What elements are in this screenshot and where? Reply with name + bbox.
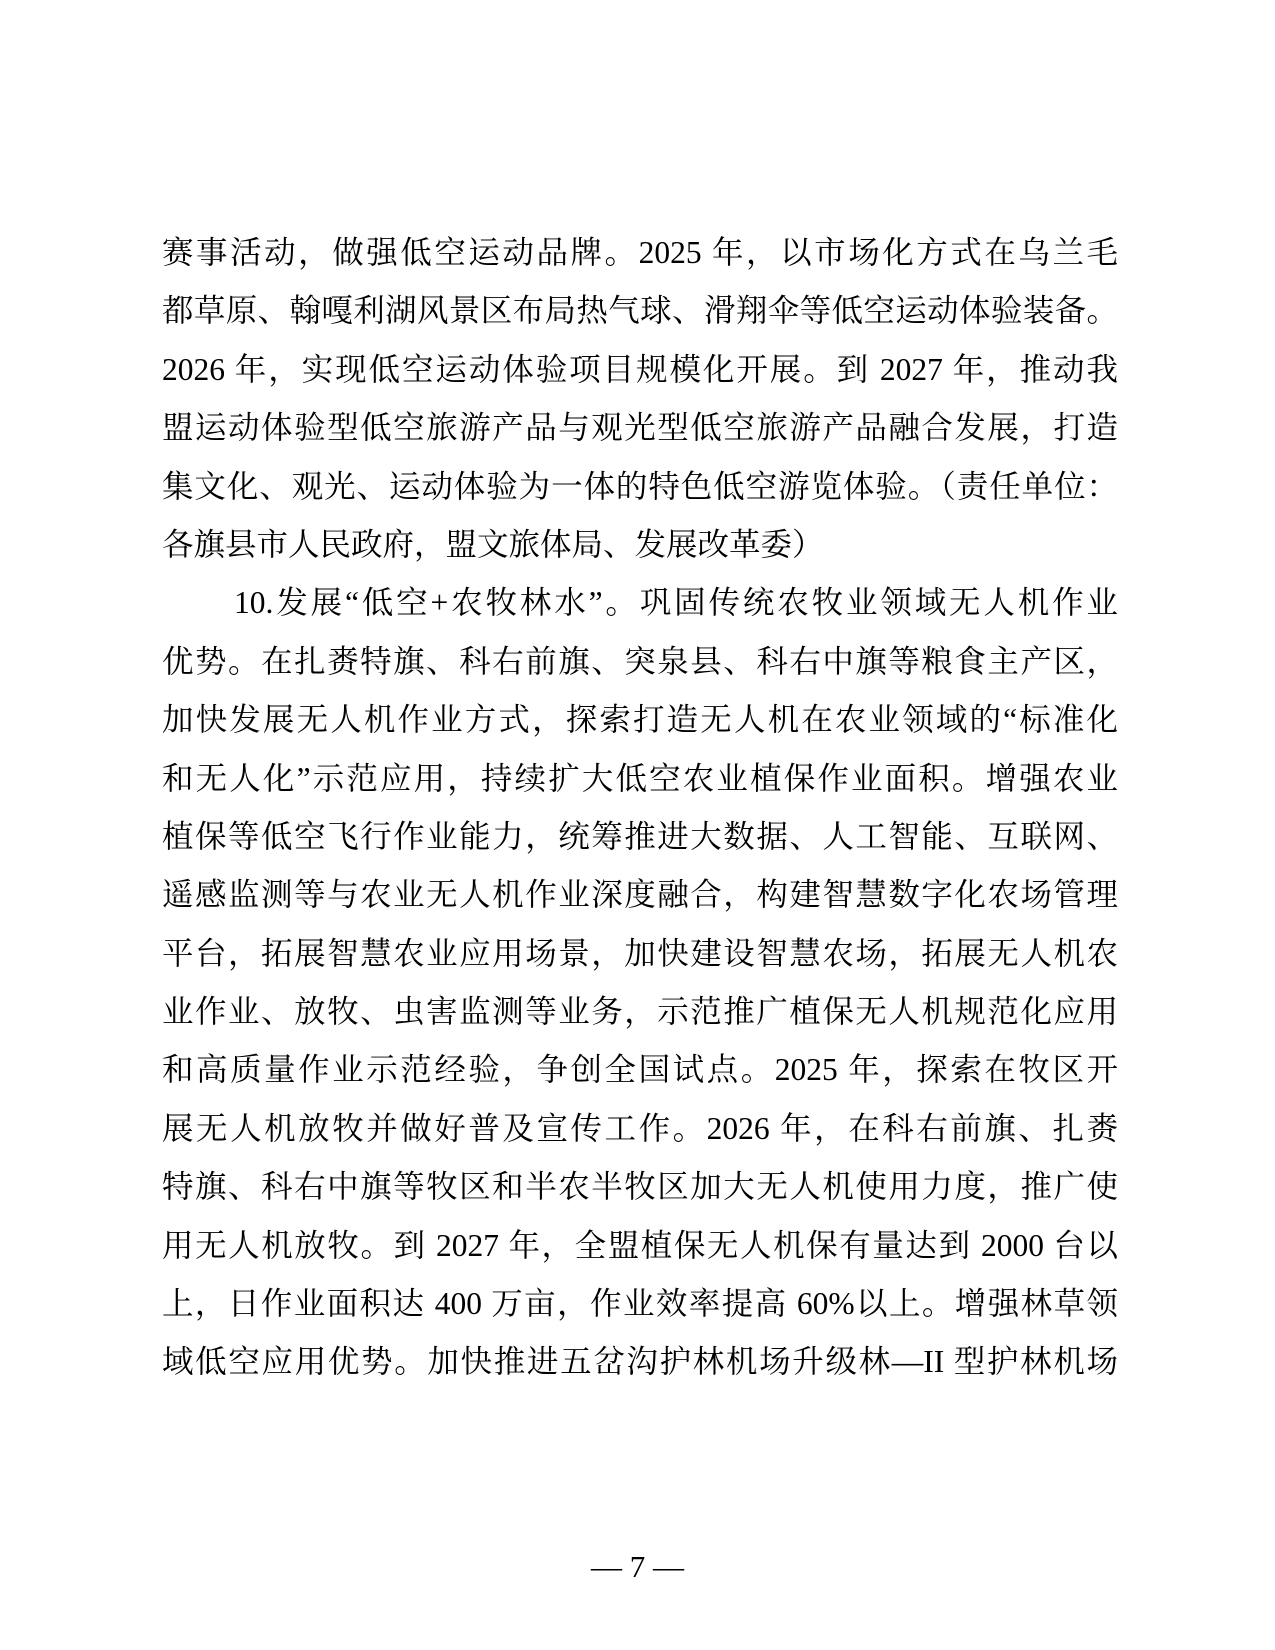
text-line: 平台，拓展智慧农业应用场景，加快建设智慧农场，拓展无人机农 <box>162 925 1118 983</box>
text-line: 遥感监测等与农业无人机作业深度融合，构建智慧数字化农场管理 <box>162 866 1118 924</box>
text-line: 业作业、放牧、虫害监测等业务，示范推广植保无人机规范化应用 <box>162 983 1118 1041</box>
text-line: 优势。在扎赉特旗、科右前旗、突泉县、科右中旗等粮食主产区， <box>162 633 1118 691</box>
document-page: 赛事活动，做强低空运动品牌。2025 年，以市场化方式在乌兰毛 都草原、翰嘎利湖… <box>0 0 1275 1650</box>
text-line: 域低空应用优势。加快推进五岔沟护林机场升级林—II 型护林机场 <box>162 1333 1118 1391</box>
text-line: 集文化、观光、运动体验为一体的特色低空游览体验。（责任单位： <box>162 458 1118 516</box>
text-line: 植保等低空飞行作业能力，统筹推进大数据、人工智能、互联网、 <box>162 808 1118 866</box>
text-line: 加快发展无人机作业方式，探索打造无人机在农业领域的“标准化 <box>162 691 1118 749</box>
text-line: 都草原、翰嘎利湖风景区布局热气球、滑翔伞等低空运动体验装备。 <box>162 282 1118 340</box>
text-line: 用无人机放牧。到 2027 年，全盟植保无人机保有量达到 2000 台以 <box>162 1217 1118 1275</box>
document-body: 赛事活动，做强低空运动品牌。2025 年，以市场化方式在乌兰毛 都草原、翰嘎利湖… <box>162 224 1118 1392</box>
text-line: 赛事活动，做强低空运动品牌。2025 年，以市场化方式在乌兰毛 <box>162 224 1118 282</box>
text-line: 上，日作业面积达 400 万亩，作业效率提高 60%以上。增强林草领 <box>162 1275 1118 1333</box>
text-line: 盟运动体验型低空旅游产品与观光型低空旅游产品融合发展，打造 <box>162 399 1118 457</box>
text-line: 特旗、科右中旗等牧区和半农半牧区加大无人机使用力度，推广使 <box>162 1158 1118 1216</box>
text-line: 2026 年，实现低空运动体验项目规模化开展。到 2027 年，推动我 <box>162 341 1118 399</box>
text-line: 展无人机放牧并做好普及宣传工作。2026 年，在科右前旗、扎赉 <box>162 1100 1118 1158</box>
text-line: 和高质量作业示范经验，争创全国试点。2025 年，探索在牧区开 <box>162 1041 1118 1099</box>
page-number: — 7 — <box>0 1546 1275 1588</box>
text-line-paragraph-end: 各旗县市人民政府，盟文旅体局、发展改革委） <box>162 516 1118 574</box>
text-line: 和无人化”示范应用，持续扩大低空农业植保作业面积。增强农业 <box>162 750 1118 808</box>
text-line-paragraph-start: 10.发展“低空+农牧林水”。巩固传统农牧业领域无人机作业 <box>162 574 1118 632</box>
